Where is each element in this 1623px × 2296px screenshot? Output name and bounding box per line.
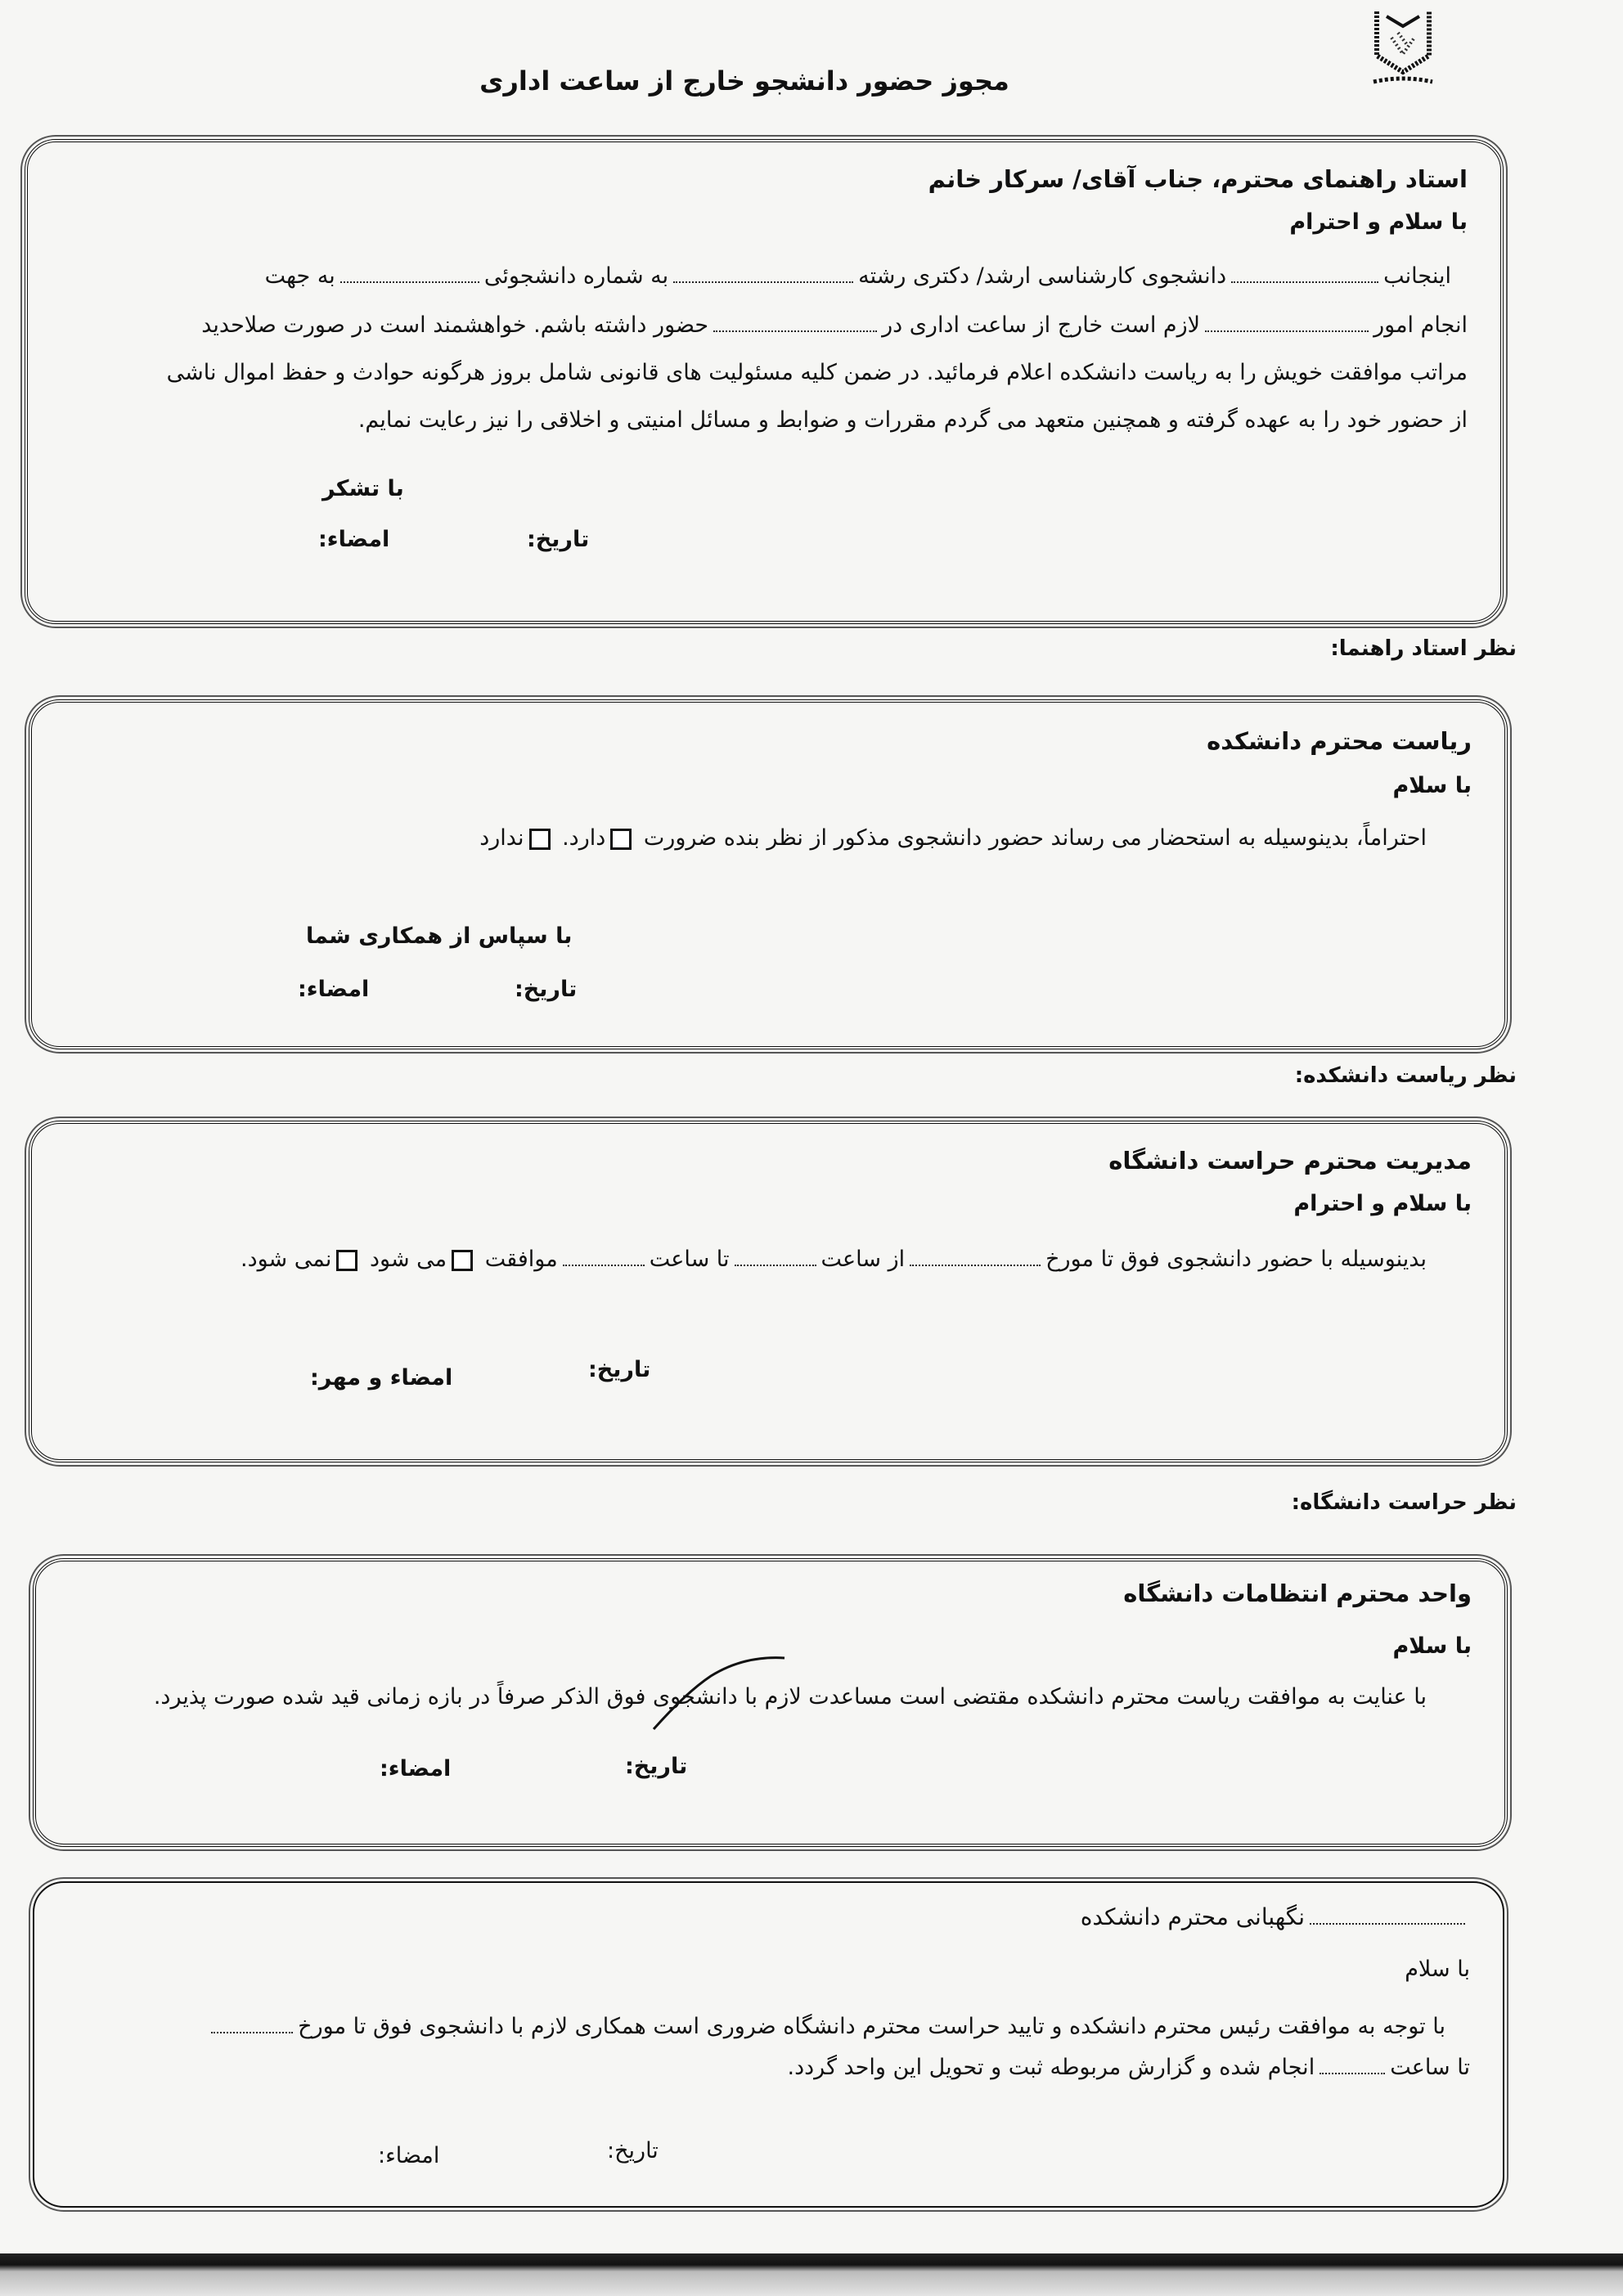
section2-greeting: با سلام [32,773,1472,798]
section5-signature-label: امضاء: [378,2143,439,2168]
section1-addressee: استاد راهنمای محترم، جناب آقای/ سرکار خا… [28,165,1468,193]
to-hour-field[interactable] [563,1264,645,1266]
location-field[interactable] [713,330,877,332]
text-fragment: اینجانب [1383,263,1451,289]
text-fragment: نگهبانی محترم دانشکده [1081,1903,1305,1930]
text-fragment: احتراماً، بدینوسیله به استحضار می رساند … [644,825,1427,851]
text-fragment: حضور داشته باشم. خواهشمند است در صورت صل… [201,312,708,338]
section2-signature-label: امضاء: [298,977,369,1002]
hour-field[interactable] [1320,2072,1385,2074]
text-fragment: از ساعت [821,1247,906,1272]
student-number-field[interactable] [340,281,479,283]
section5-addressee: نگهبانی محترم دانشکده [34,1903,1470,1930]
date-field[interactable] [211,2031,293,2033]
pen-stroke-mark [645,1651,834,1733]
section2-body: احتراماً، بدینوسیله به استحضار می رساند … [32,825,1427,851]
section5-body2: تا ساعتانجام شده و گزارش مربوطه ثبت و تح… [34,2055,1470,2080]
text-fragment: انجام امور [1373,312,1468,338]
section1-line2: انجام امورلازم است خارج از ساعت اداری در… [61,312,1468,338]
section2-addressee: ریاست محترم دانشکده [32,727,1472,755]
text-fragment: تا ساعت [650,1247,730,1272]
section1-closing: با تشکر [322,476,404,501]
section4-addressee: واحد محترم انتظامات دانشگاه [36,1579,1472,1607]
section3-addressee: مدیریت محترم حراست دانشگاه [32,1147,1472,1175]
not-approved-checkbox[interactable] [336,1250,357,1271]
dean-opinion-label: نظر ریاست دانشکده: [1295,1063,1517,1088]
scanned-page: مجوز حضور دانشجو خارج از ساعت اداری استا… [0,0,1623,2258]
text-fragment: انجام شده و گزارش مربوطه ثبت و تحویل این… [788,2055,1315,2080]
section3-greeting: با سلام و احترام [32,1191,1472,1216]
text-fragment: موافقت [485,1247,558,1272]
dean-opinion-box: مدیریت محترم حراست دانشگاه با سلام و احت… [29,1121,1508,1463]
university-emblem-icon [1362,5,1444,95]
security-opinion-label: نظر حراست دانشگاه: [1292,1490,1517,1515]
student-request-box: استاد راهنمای محترم، جناب آقای/ سرکار خا… [25,139,1504,624]
section3-body: بدینوسیله با حضور دانشجوی فوق تا مورخاز … [32,1247,1427,1272]
section5-greeting: با سلام [34,1957,1470,1982]
option-label: می شود [370,1247,447,1272]
name-field[interactable] [1231,281,1378,283]
section3-signature-label: امضاء و مهر: [310,1365,452,1391]
section1-line1: اینجانبدانشجوی کارشناسی ارشد/ دکتری رشته… [61,263,1451,289]
necessary-no-checkbox[interactable] [529,829,551,850]
guard-unit-box: نگهبانی محترم دانشکده با سلام با توجه به… [33,1881,1504,2208]
advisor-opinion-box: ریاست محترم دانشکده با سلام احتراماً، بد… [29,699,1508,1049]
section2-date-label: تاریخ: [515,977,577,1002]
from-hour-field[interactable] [735,1264,816,1266]
section1-greeting: با سلام و احترام [28,209,1468,235]
advisor-opinion-label: نظر استاد راهنما: [1330,636,1517,661]
task-field[interactable] [1205,330,1369,332]
field-of-study-field[interactable] [673,281,853,283]
text-fragment: لازم است خارج از ساعت اداری در [882,312,1200,338]
text-fragment: دانشجوی کارشناسی ارشد/ دکتری رشته [858,263,1226,289]
text-fragment: به شماره دانشجوئی [484,263,668,289]
section1-line4: از حضور خود را به عهده گرفته و همچنین مت… [28,407,1468,433]
text-fragment: بدینوسیله با حضور دانشجوی فوق تا مورخ [1045,1247,1427,1272]
section3-date-label: تاریخ: [588,1357,650,1382]
faculty-name-field[interactable] [1310,1922,1465,1925]
text-fragment: با توجه به موافقت رئیس محترم دانشکده و ت… [298,2014,1445,2039]
option-label: دارد. [562,825,605,851]
section1-signature-label: امضاء: [318,527,389,552]
section5-date-label: تاریخ: [607,2138,659,2163]
option-label: ندارد [479,825,524,851]
section5-body1: با توجه به موافقت رئیس محترم دانشکده و ت… [67,2014,1445,2039]
scan-bottom-edge [0,2253,1623,2296]
section2-closing: با سپاس از همکاری شما [306,923,572,949]
text-fragment: به جهت [265,263,335,289]
section1-line3: مراتب موافقت خویش را به ریاست دانشکده اع… [28,360,1468,385]
document-title: مجوز حضور دانشجو خارج از ساعت اداری [458,65,1031,97]
date-field[interactable] [910,1264,1041,1266]
option-label: نمی شود. [241,1247,331,1272]
text-fragment: تا ساعت [1390,2055,1470,2080]
security-opinion-box: واحد محترم انتظامات دانشگاه با سلام با ع… [33,1558,1508,1847]
necessary-yes-checkbox[interactable] [610,829,632,850]
approved-checkbox[interactable] [452,1250,473,1271]
section1-date-label: تاریخ: [527,527,589,552]
section4-signature-label: امضاء: [380,1756,451,1782]
section4-date-label: تاریخ: [625,1754,687,1779]
